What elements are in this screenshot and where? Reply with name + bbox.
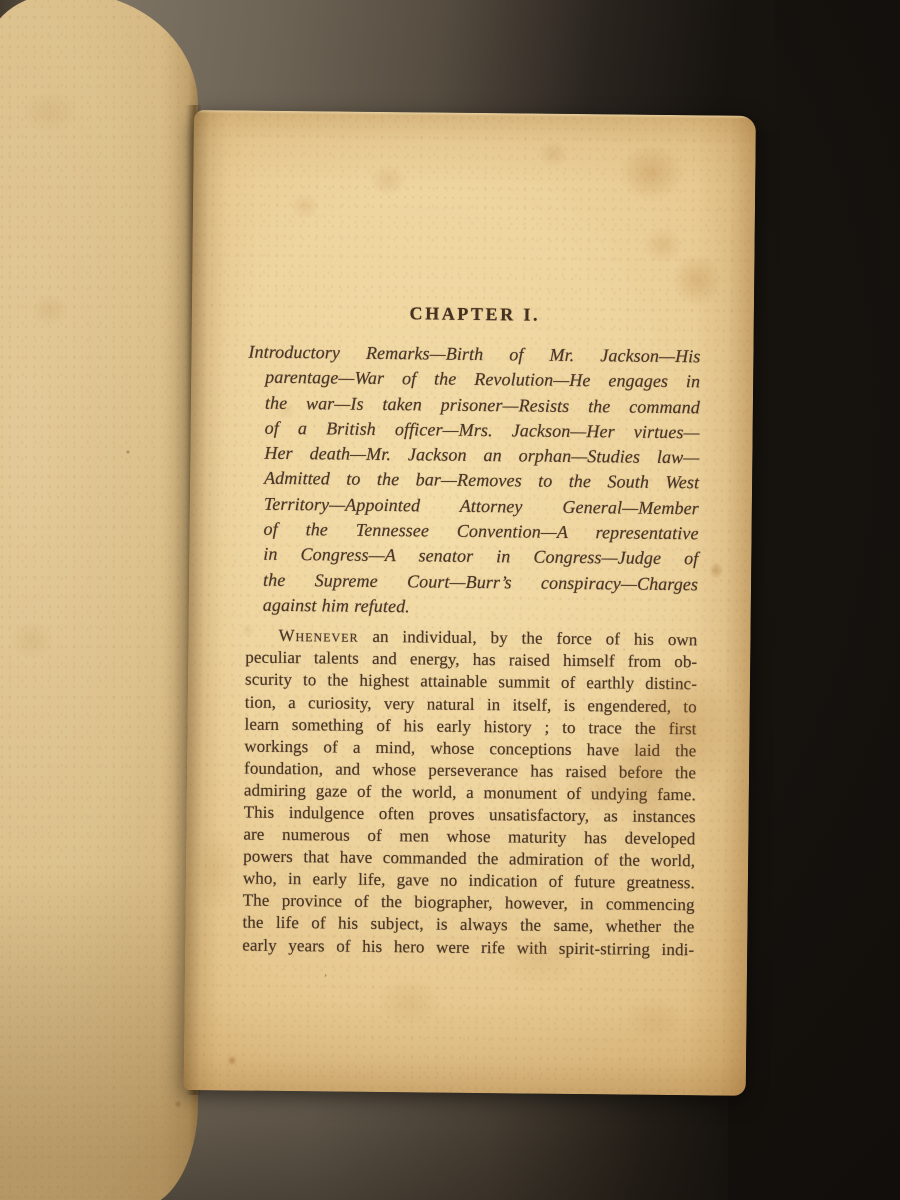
body-paragraph: Whenever an individual, by the force of … bbox=[242, 625, 697, 961]
lead-small-caps-word: Whenever bbox=[278, 626, 358, 646]
page-text-block: CHAPTER I. Introductory Remarks—Birth of… bbox=[242, 301, 701, 961]
paper-grain bbox=[0, 0, 198, 1200]
book-cover-bottom-edge bbox=[128, 1080, 728, 1200]
book-photograph: CHAPTER I. Introductory Remarks—Birth of… bbox=[0, 0, 900, 1200]
body-line: early years of his hero were rife with s… bbox=[242, 934, 694, 961]
left-blank-page bbox=[0, 0, 198, 1200]
stray-ink-mark: ‚ bbox=[324, 967, 327, 978]
summary-line: against him refuted. bbox=[246, 593, 698, 623]
lead-line-rest: an individual, by the force of his own bbox=[358, 627, 697, 650]
chapter-heading: CHAPTER I. bbox=[249, 301, 701, 328]
right-printed-page: CHAPTER I. Introductory Remarks—Birth of… bbox=[184, 110, 756, 1096]
chapter-summary: Introductory Remarks—Birth of Mr. Jackso… bbox=[246, 340, 701, 623]
